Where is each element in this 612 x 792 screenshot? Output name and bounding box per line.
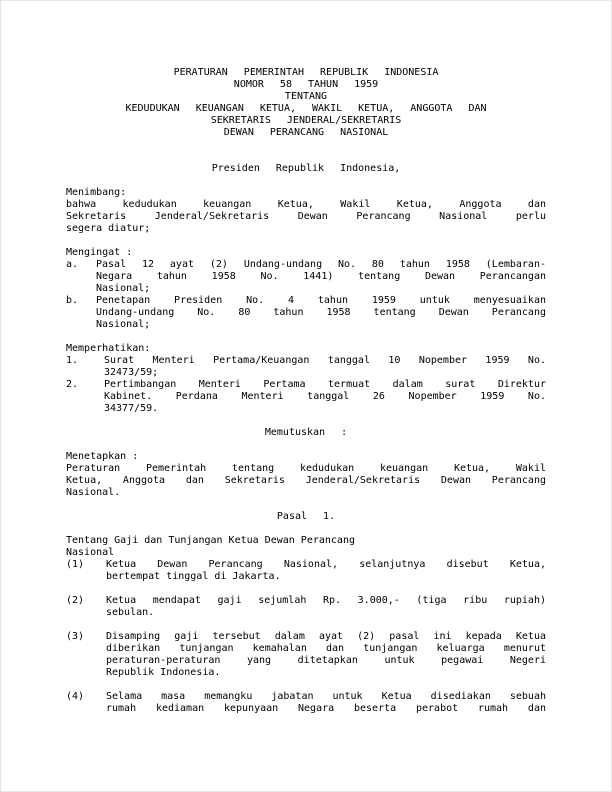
doc-line: Peraturan Pemerintah tentang kedudukan k…	[66, 463, 546, 475]
doc-line: Nasional;	[66, 319, 546, 331]
doc-line: peraturan-peraturan yang ditetapkan untu…	[66, 655, 546, 667]
doc-line: 1.Surat Menteri Pertama/Keuangan tanggal…	[66, 355, 546, 367]
doc-line: NOMOR 58 TAHUN 1959	[66, 79, 546, 91]
list-marker: 1.	[66, 355, 78, 367]
doc-line: sebulan.	[66, 607, 546, 619]
doc-line: Tentang Gaji dan Tunjangan Ketua Dewan P…	[66, 535, 546, 547]
doc-line: DEWAN PERANCANG NASIONAL	[66, 127, 546, 139]
doc-blank-line	[66, 235, 546, 247]
list-marker: 2.	[66, 379, 78, 391]
document-page: PERATURAN PEMERINTAH REPUBLIK INDONESIAN…	[0, 0, 612, 792]
doc-line: Kabinet. Perdana Menteri tanggal 26 Nope…	[66, 391, 546, 403]
list-marker: (1)	[66, 559, 84, 571]
doc-line: Nasional.	[66, 487, 546, 499]
doc-line: 32473/59;	[66, 367, 546, 379]
doc-line: Nasional	[66, 547, 546, 559]
list-marker: (2)	[66, 595, 84, 607]
doc-line: Pasal 1.	[66, 511, 546, 523]
doc-blank-line	[66, 331, 546, 343]
doc-line: diberikan tunjangan kemahalan dan tunjan…	[66, 643, 546, 655]
doc-line: Nasional;	[66, 283, 546, 295]
doc-line: TENTANG	[66, 91, 546, 103]
doc-blank-line	[66, 415, 546, 427]
doc-line: Republik Indonesia.	[66, 667, 546, 679]
list-marker: (4)	[66, 691, 84, 703]
list-marker: (3)	[66, 631, 84, 643]
doc-blank-line	[66, 139, 546, 151]
doc-blank-line	[66, 619, 546, 631]
doc-blank-line	[66, 679, 546, 691]
doc-line: SEKRETARIS JENDERAL/SEKRETARIS	[66, 115, 546, 127]
doc-line: b.Penetapan Presiden No. 4 tahun 1959 un…	[66, 295, 546, 307]
doc-line: 2.Pertimbangan Menteri Pertama termuat d…	[66, 379, 546, 391]
doc-line: bertempat tinggal di Jakarta.	[66, 571, 546, 583]
doc-line: (4)Selama masa memangku jabatan untuk Ke…	[66, 691, 546, 703]
doc-line: Ketua, Anggota dan Sekretaris Jenderal/S…	[66, 475, 546, 487]
doc-line: Negara tahun 1958 No. 1441) tentang Dewa…	[66, 271, 546, 283]
doc-line: KEDUDUKAN KEUANGAN KETUA, WAKIL KETUA, A…	[66, 103, 546, 115]
doc-line: a.Pasal 12 ayat (2) Undang-undang No. 80…	[66, 259, 546, 271]
doc-line: Memperhatikan:	[66, 343, 546, 355]
list-marker: a.	[66, 259, 78, 271]
doc-line: bahwa kedudukan keuangan Ketua, Wakil Ke…	[66, 199, 546, 211]
doc-line: segera diatur;	[66, 223, 546, 235]
doc-line: Undang-undang No. 80 tahun 1958 tentang …	[66, 307, 546, 319]
doc-line: Mengingat :	[66, 247, 546, 259]
document-body: PERATURAN PEMERINTAH REPUBLIK INDONESIAN…	[66, 67, 546, 715]
doc-line: PERATURAN PEMERINTAH REPUBLIK INDONESIA	[66, 67, 546, 79]
doc-line: Menetapkan :	[66, 451, 546, 463]
doc-line: Menimbang:	[66, 187, 546, 199]
doc-blank-line	[66, 175, 546, 187]
doc-blank-line	[66, 151, 546, 163]
doc-line: Memutuskan :	[66, 427, 546, 439]
doc-line: (3)Disamping gaji tersebut dalam ayat (2…	[66, 631, 546, 643]
doc-line: 34377/59.	[66, 403, 546, 415]
doc-line: Presiden Republik Indonesia,	[66, 163, 546, 175]
doc-blank-line	[66, 523, 546, 535]
doc-blank-line	[66, 439, 546, 451]
doc-line: (2)Ketua mendapat gaji sejumlah Rp. 3.00…	[66, 595, 546, 607]
doc-line: Sekretaris Jenderal/Sekretaris Dewan Per…	[66, 211, 546, 223]
doc-blank-line	[66, 499, 546, 511]
list-marker: b.	[66, 295, 78, 307]
doc-line: (1)Ketua Dewan Perancang Nasional, selan…	[66, 559, 546, 571]
doc-blank-line	[66, 583, 546, 595]
doc-line: rumah kediaman kepunyaan Negara beserta …	[66, 703, 546, 715]
